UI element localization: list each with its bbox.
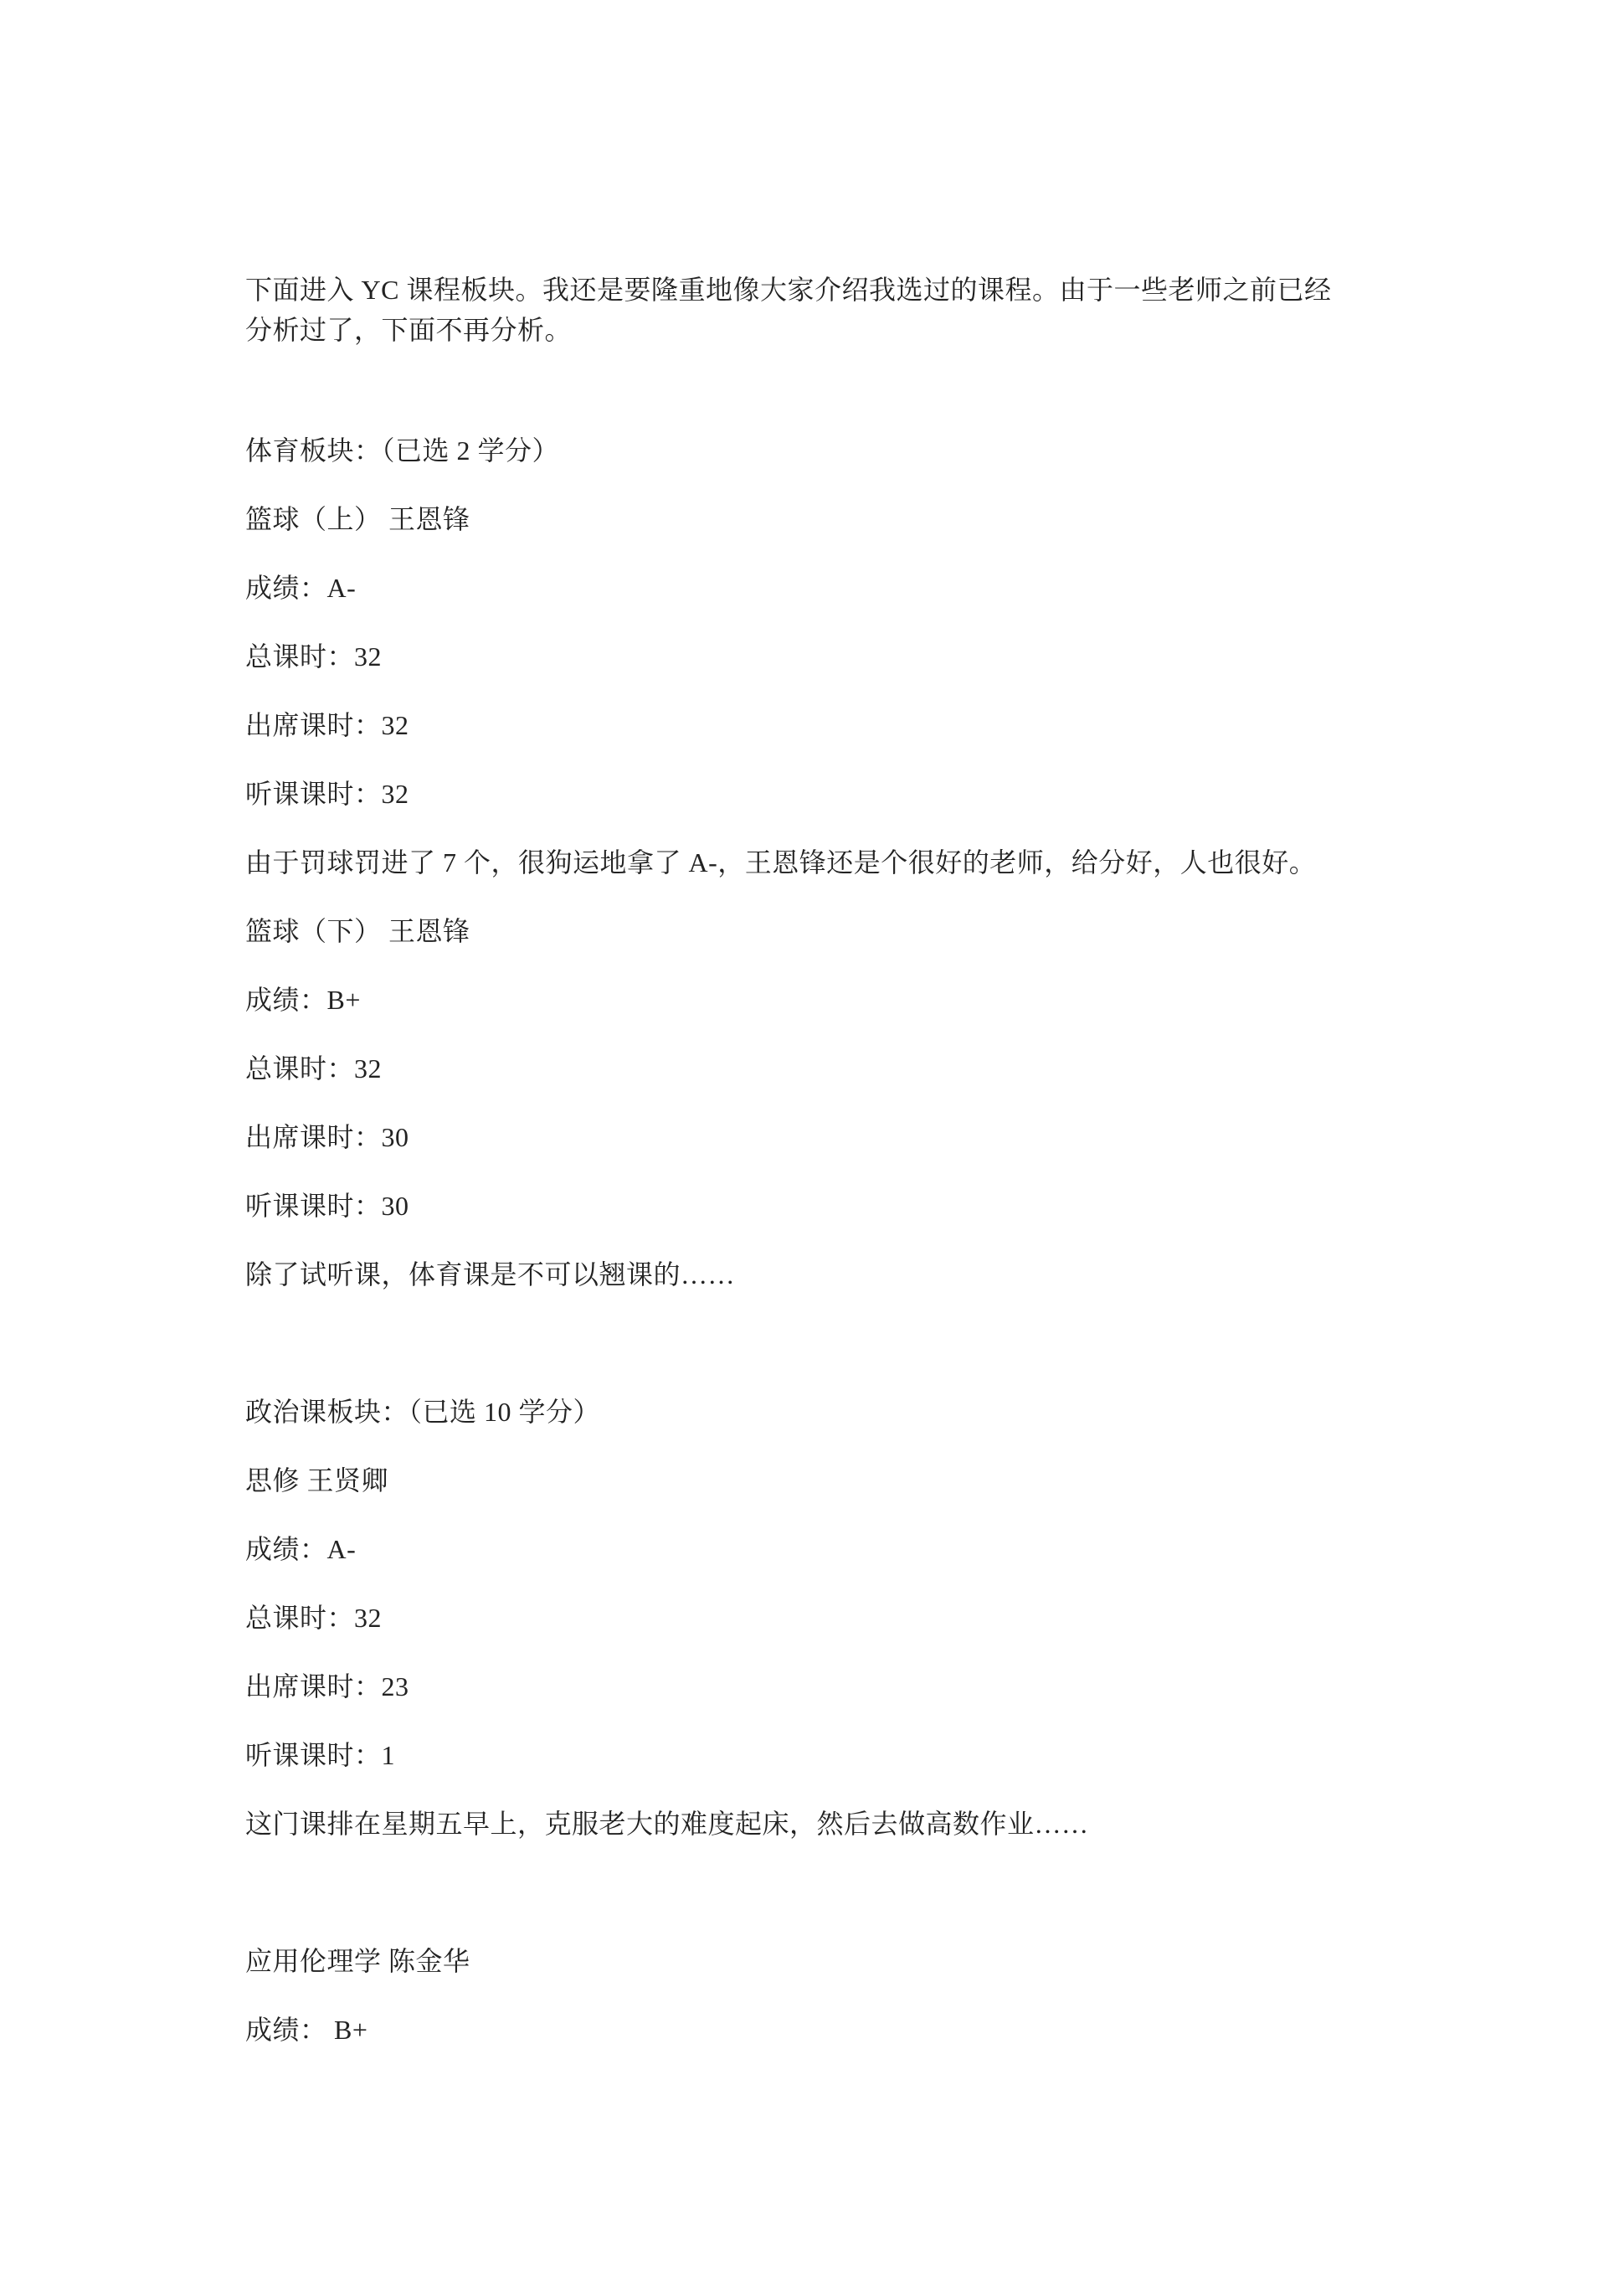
course-total-hours: 总课时：32: [245, 1052, 382, 1085]
course-attended-hours: 出席课时：32: [245, 708, 409, 742]
intro-line-2: 分析过了，下面不再分析。: [245, 310, 1392, 350]
intro-paragraph: 下面进入 YC 课程板块。我还是要隆重地像大家介绍我选过的课程。由于一些老师之前…: [245, 270, 1392, 350]
course-comment: 除了试听课，体育课是不可以翘课的……: [245, 1258, 735, 1291]
course-listened-hours: 听课课时：32: [245, 777, 409, 811]
course-title: 篮球（下） 王恩锋: [245, 914, 470, 948]
course-grade: 成绩：B+: [245, 983, 361, 1017]
section-heading-politics: 政治课板块：（已选 10 学分）: [245, 1395, 600, 1429]
course-total-hours: 总课时：32: [245, 1601, 382, 1634]
section-heading-sports: 体育板块：（已选 2 学分）: [245, 434, 559, 467]
course-grade: 成绩：A-: [245, 1532, 356, 1566]
course-attended-hours: 出席课时：30: [245, 1120, 409, 1154]
course-attended-hours: 出席课时：23: [245, 1670, 409, 1703]
intro-line-1: 下面进入 YC 课程板块。我还是要隆重地像大家介绍我选过的课程。由于一些老师之前…: [245, 270, 1392, 310]
course-listened-hours: 听课课时：1: [245, 1738, 395, 1772]
course-comment: 由于罚球罚进了 7 个，很狗运地拿了 A-，王恩锋还是个很好的老师，给分好，人也…: [245, 846, 1316, 879]
course-title: 篮球（上） 王恩锋: [245, 502, 470, 536]
course-comment: 这门课排在星期五早上，克服老大的难度起床，然后去做高数作业……: [245, 1807, 1089, 1840]
course-listened-hours: 听课课时：30: [245, 1189, 409, 1223]
course-grade: 成绩：A-: [245, 571, 356, 605]
course-grade: 成绩： B+: [245, 2013, 367, 2046]
course-title: 思修 王贤卿: [245, 1464, 388, 1497]
course-title: 应用伦理学 陈金华: [245, 1944, 470, 1978]
course-total-hours: 总课时：32: [245, 640, 382, 673]
